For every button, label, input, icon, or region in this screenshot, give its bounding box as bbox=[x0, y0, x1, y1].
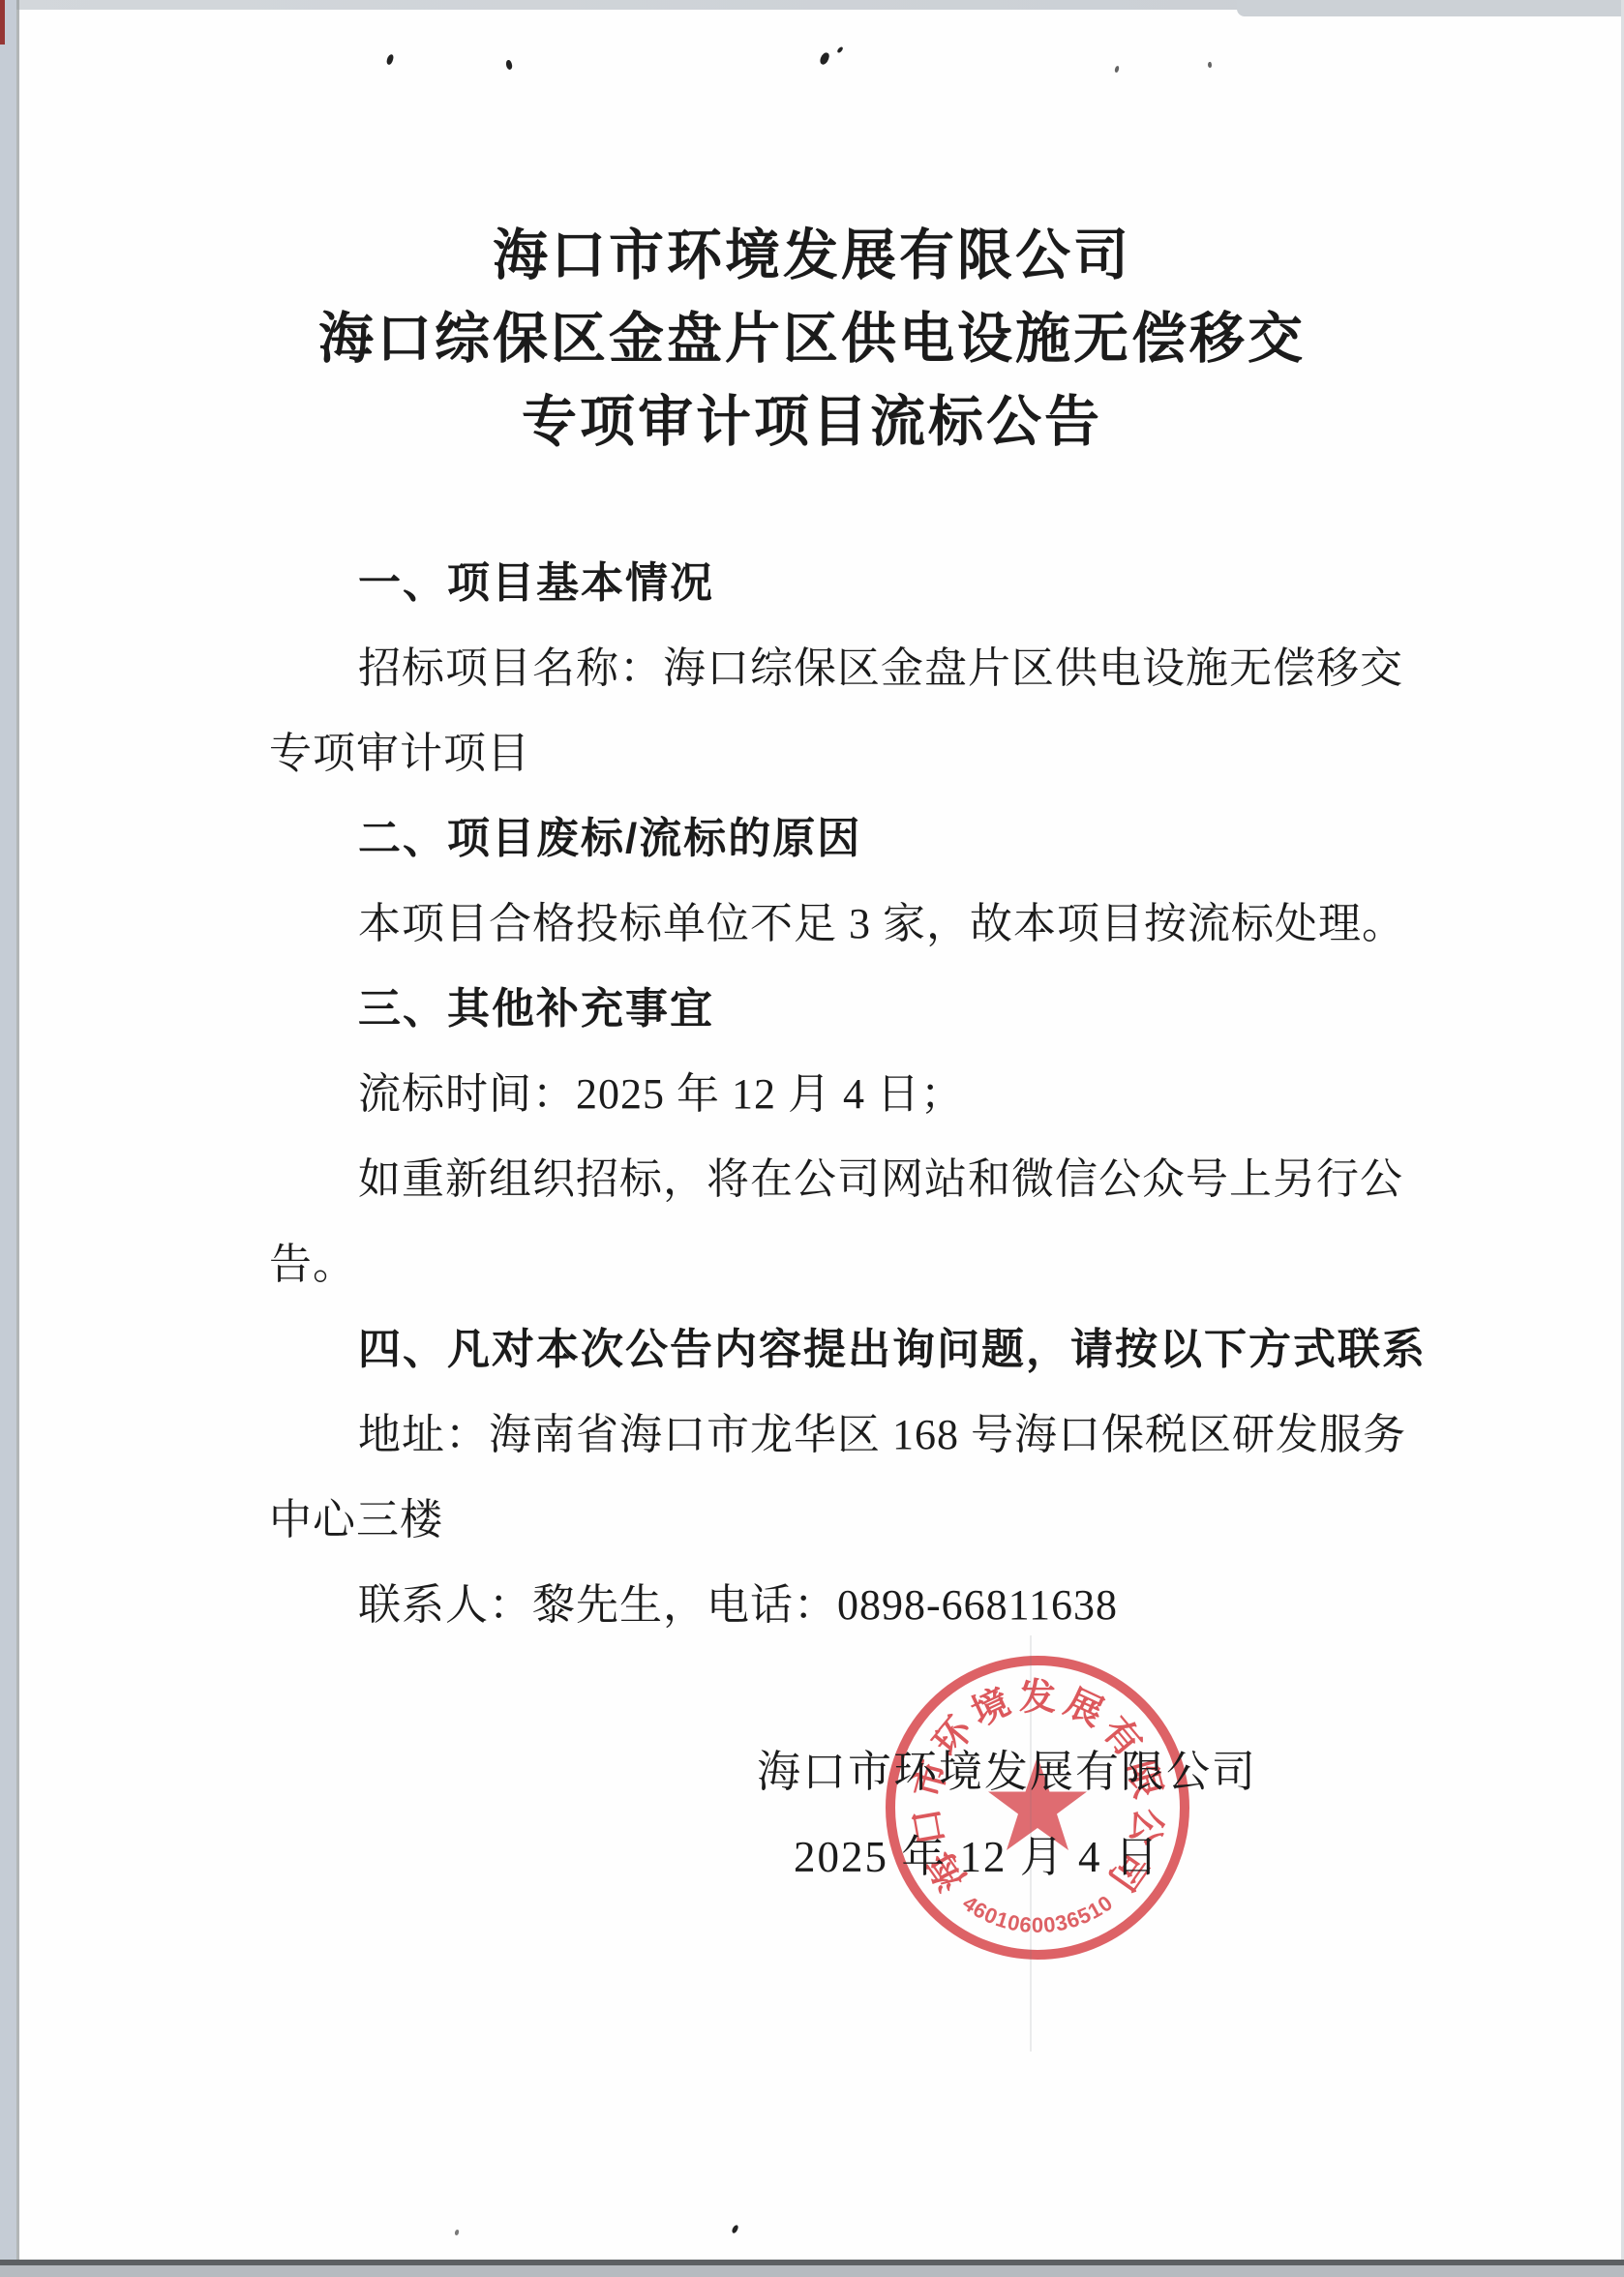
scan-edge-left bbox=[0, 0, 16, 2277]
body-line-contact: 联系人：黎先生，电话：0898-66811638 bbox=[269, 1563, 1459, 1648]
body-line-fail-date: 流标时间：2025 年 12 月 4 日； bbox=[269, 1052, 1459, 1137]
document-body: 一、项目基本情况 招标项目名称：海口综保区金盘片区供电设施无偿移交 专项审计项目… bbox=[269, 541, 1459, 1648]
scan-speck bbox=[731, 2224, 738, 2233]
body-line-project-name: 招标项目名称：海口综保区金盘片区供电设施无偿移交 bbox=[269, 626, 1459, 711]
stamp-serial-digit: 0 bbox=[1032, 1913, 1043, 1938]
signature-date: 2025 年 12 月 4 日 bbox=[794, 1821, 1160, 1884]
scan-crease-line bbox=[1030, 1635, 1032, 2052]
body-line-address: 地址：海南省海口市龙华区 168 号海口保税区研发服务 bbox=[269, 1393, 1459, 1478]
document-title: 海口市环境发展有限公司 海口综保区金盘片区供电设施无偿移交 专项审计项目流标公告 bbox=[0, 0, 1624, 464]
section-heading-1: 一、项目基本情况 bbox=[269, 541, 1459, 626]
scanned-document-page: 海口市环境发展有限公司 海口综保区金盘片区供电设施无偿移交 专项审计项目流标公告… bbox=[0, 0, 1624, 2277]
section-heading-2: 二、项目废标/流标的原因 bbox=[269, 796, 1459, 882]
body-line-rebid-cont: 告。 bbox=[269, 1222, 1459, 1307]
body-line-rebid-notice: 如重新组织招标，将在公司网站和微信公众号上另行公 bbox=[269, 1137, 1459, 1222]
body-line-project-name-cont: 专项审计项目 bbox=[269, 711, 1459, 796]
company-stamp: 海口市环境发展有限公司4601060036510 bbox=[886, 1656, 1189, 1960]
body-line-address-cont: 中心三楼 bbox=[269, 1478, 1459, 1563]
scan-edge-bottom bbox=[0, 2265, 1624, 2277]
stamp-ring-char: 发 bbox=[1019, 1667, 1056, 1721]
section-heading-4: 四、凡对本次公告内容提出询问题，请按以下方式联系 bbox=[269, 1307, 1459, 1393]
title-line-3: 专项审计项目流标公告 bbox=[0, 381, 1624, 464]
body-line-reason: 本项目合格投标单位不足 3 家，故本项目按流标处理。 bbox=[269, 882, 1459, 967]
title-line-1: 海口市环境发展有限公司 bbox=[0, 215, 1624, 298]
title-line-2: 海口综保区金盘片区供电设施无偿移交 bbox=[0, 298, 1624, 381]
scan-speck bbox=[455, 2230, 460, 2235]
section-heading-3: 三、其他补充事宜 bbox=[269, 967, 1459, 1052]
signature-company: 海口市环境发展有限公司 bbox=[757, 1736, 1257, 1799]
scan-edge-top-right bbox=[1237, 0, 1624, 16]
scan-edge-left-line bbox=[16, 0, 19, 2277]
scan-corner-mark bbox=[0, 0, 5, 45]
